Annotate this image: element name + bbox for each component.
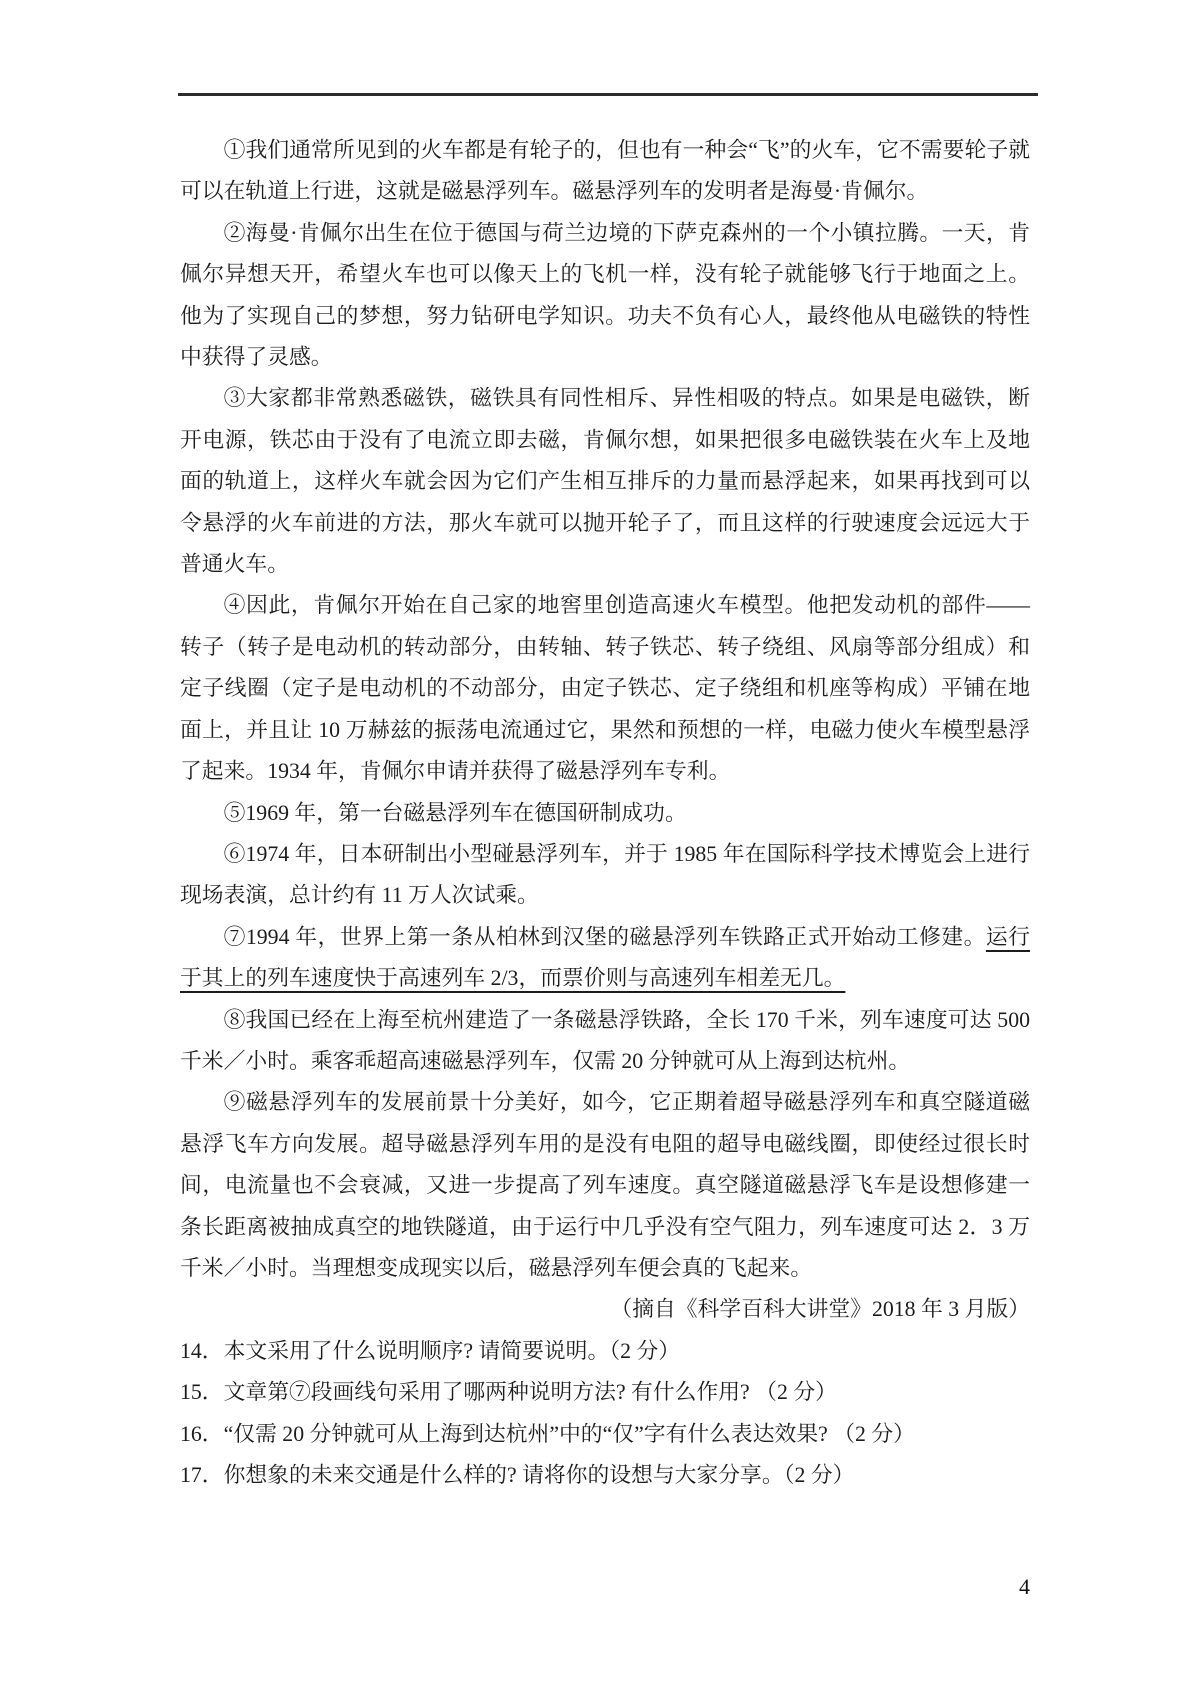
source-citation: （摘自《科学百科大讲堂》2018 年 3 月版） <box>180 1289 1030 1330</box>
paragraph: ⑧我国已经在上海至杭州建造了一条磁悬浮铁路，全长 170 千米，列车速度可达 5… <box>180 1000 1030 1083</box>
paragraph: ④因此，肯佩尔开始在自己家的地窖里创造高速火车模型。他把发动机的部件——转子（转… <box>180 585 1030 792</box>
header-rule <box>178 93 1038 96</box>
paragraph: ⑥1974 年，日本研制出小型碰悬浮列车，并于 1985 年在国际科学技术博览会… <box>180 834 1030 917</box>
paragraph-text: ①我们通常所见到的火车都是有轮子的，但也有一种会“飞”的火车，它不需要轮子就可以… <box>180 138 1030 203</box>
question-item: 14．本文采用了什么说明顺序? 请简要说明。（2 分） <box>180 1331 1030 1372</box>
paragraph: ⑤1969 年，第一台磁悬浮列车在德国研制成功。 <box>180 793 1030 834</box>
article: ①我们通常所见到的火车都是有轮子的，但也有一种会“飞”的火车，它不需要轮子就可以… <box>180 130 1030 1496</box>
paragraph-text: ③大家都非常熟悉磁铁，磁铁具有同性相斥、异性相吸的特点。如果是电磁铁，断开电源，… <box>180 386 1030 576</box>
question-item: 16．“仅需 20 分钟就可从上海到达杭州”中的“仅”字有什么表达效果? （2 … <box>180 1414 1030 1455</box>
paragraph-text: ⑤1969 年，第一台磁悬浮列车在德国研制成功。 <box>224 801 687 825</box>
paragraph-text: ⑧我国已经在上海至杭州建造了一条磁悬浮铁路，全长 170 千米，列车速度可达 5… <box>180 1008 1030 1073</box>
paragraph-text: ⑨磁悬浮列车的发展前景十分美好，如今，它正期着超导磁悬浮列车和真空隧道磁悬浮飞车… <box>180 1090 1030 1280</box>
paragraph: ⑦1994 年，世界上第一条从柏林到汉堡的磁悬浮列车铁路正式开始动工修建。运行于… <box>180 917 1030 1000</box>
paragraph-text: ④因此，肯佩尔开始在自己家的地窖里创造高速火车模型。他把发动机的部件——转子（转… <box>180 593 1030 783</box>
paragraph-container: ①我们通常所见到的火车都是有轮子的，但也有一种会“飞”的火车，它不需要轮子就可以… <box>180 130 1030 1289</box>
document-page: ①我们通常所见到的火车都是有轮子的，但也有一种会“飞”的火车，它不需要轮子就可以… <box>0 0 1200 1698</box>
paragraph: ③大家都非常熟悉磁铁，磁铁具有同性相斥、异性相吸的特点。如果是电磁铁，断开电源，… <box>180 378 1030 585</box>
paragraph-text: ⑥1974 年，日本研制出小型碰悬浮列车，并于 1985 年在国际科学技术博览会… <box>180 842 1030 907</box>
question-list: 14．本文采用了什么说明顺序? 请简要说明。（2 分）15．文章第⑦段画线句采用… <box>180 1331 1030 1497</box>
paragraph: ②海曼·肯佩尔出生在位于德国与荷兰边境的下萨克森州的一个小镇拉腾。一天，肯佩尔异… <box>180 213 1030 379</box>
paragraph-text: ⑦1994 年，世界上第一条从柏林到汉堡的磁悬浮列车铁路正式开始动工修建。 <box>224 925 986 949</box>
question-item: 17．你想象的未来交通是什么样的? 请将你的设想与大家分享。（2 分） <box>180 1455 1030 1496</box>
question-item: 15．文章第⑦段画线句采用了哪两种说明方法? 有什么作用? （2 分） <box>180 1372 1030 1413</box>
paragraph: ⑨磁悬浮列车的发展前景十分美好，如今，它正期着超导磁悬浮列车和真空隧道磁悬浮飞车… <box>180 1082 1030 1289</box>
paragraph: ①我们通常所见到的火车都是有轮子的，但也有一种会“飞”的火车，它不需要轮子就可以… <box>180 130 1030 213</box>
page-number: 4 <box>180 1572 1030 1602</box>
paragraph-text: ②海曼·肯佩尔出生在位于德国与荷兰边境的下萨克森州的一个小镇拉腾。一天，肯佩尔异… <box>180 221 1030 369</box>
